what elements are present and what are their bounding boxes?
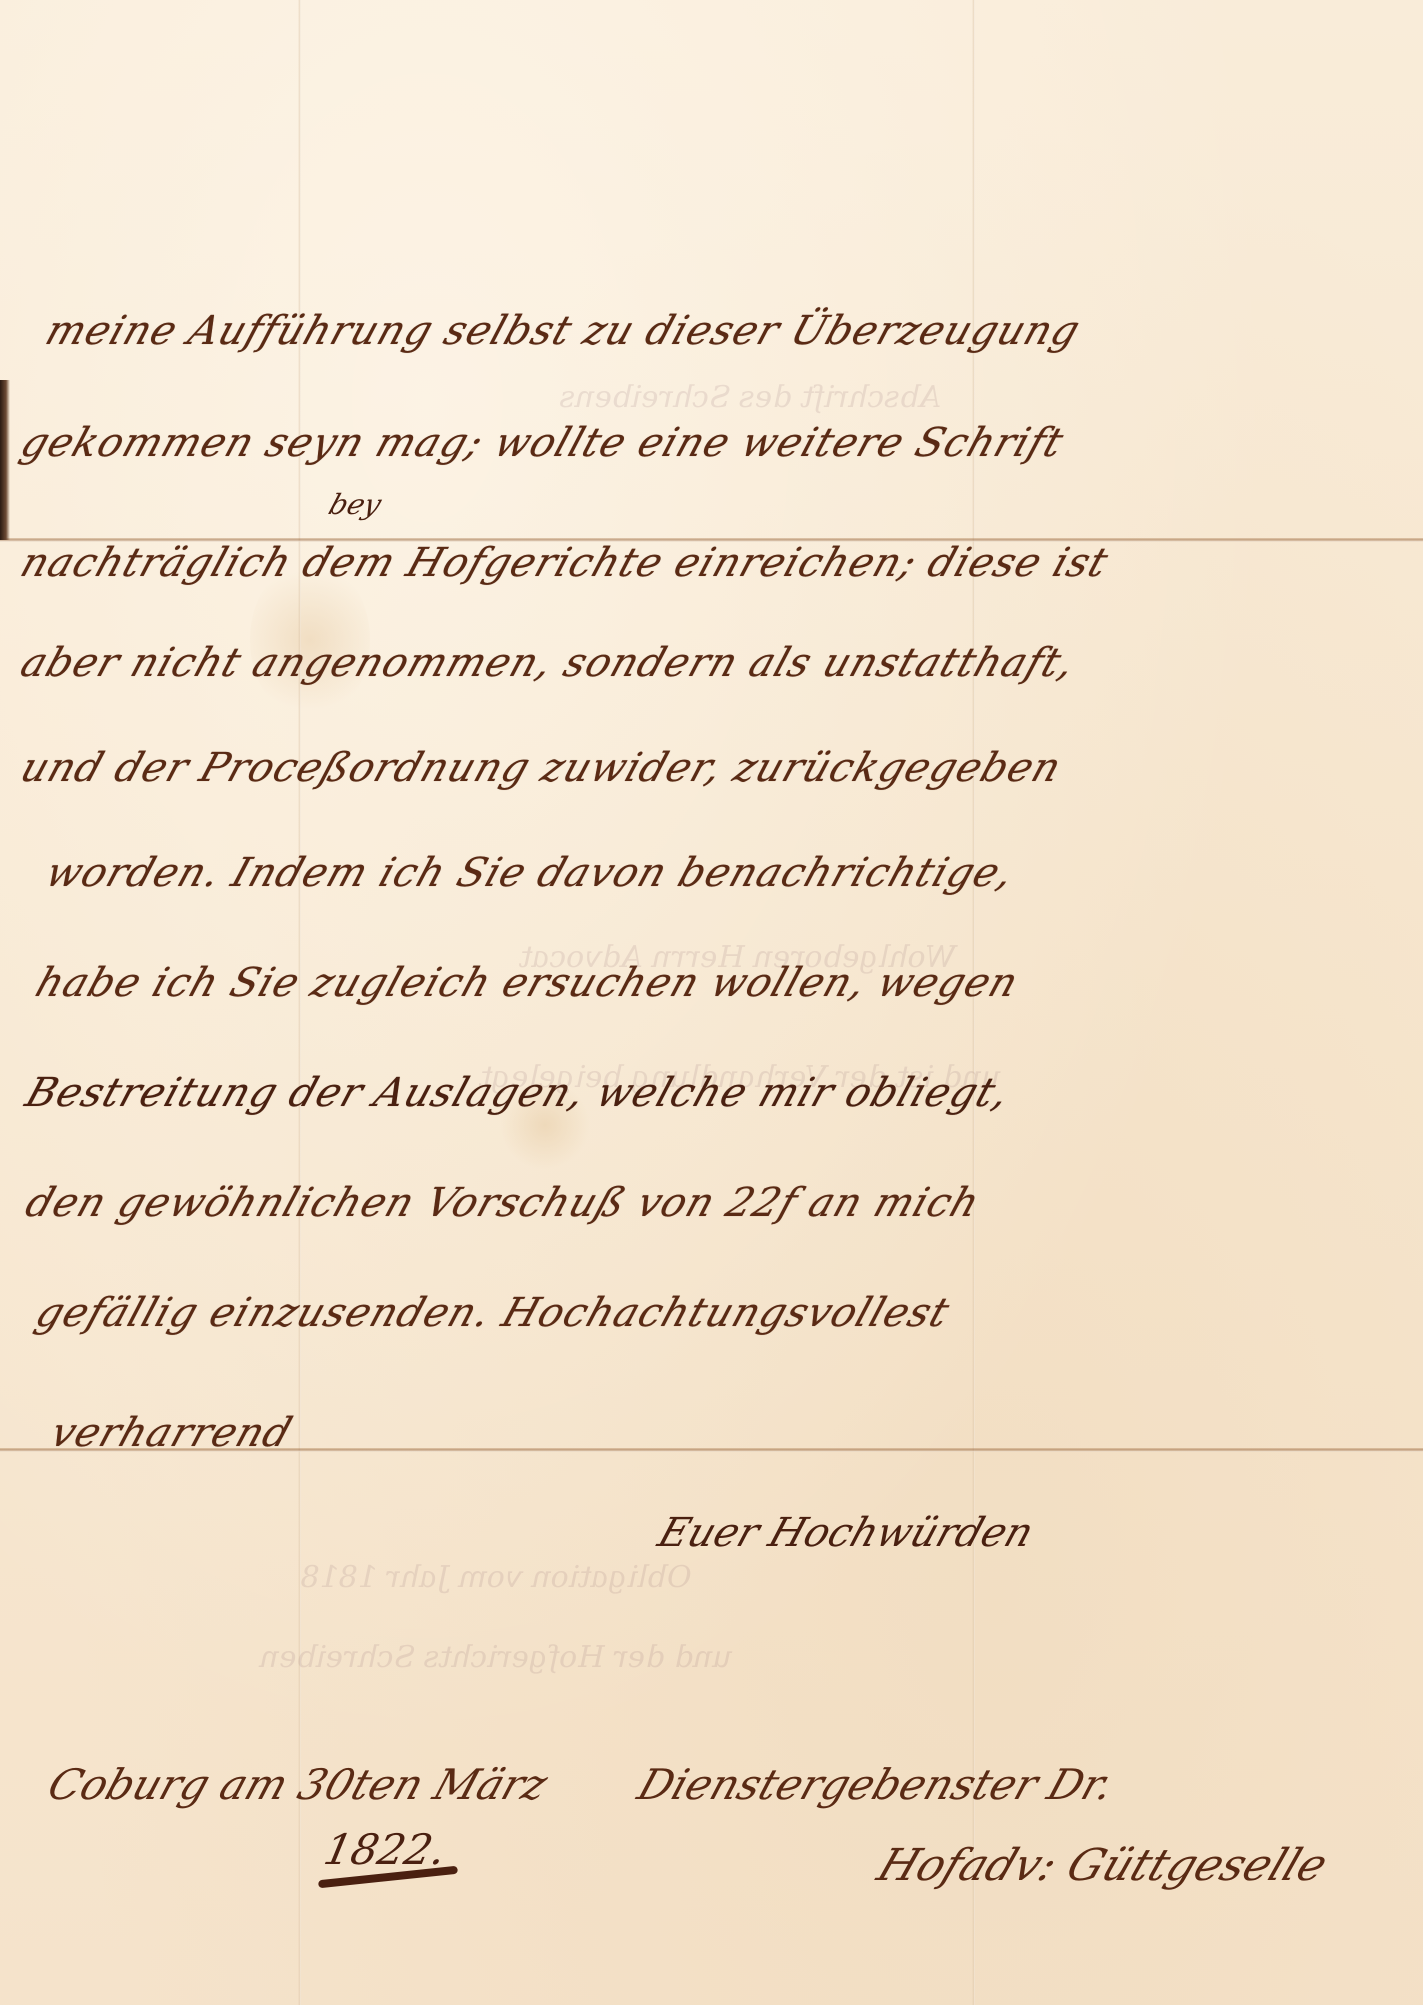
letter-line-3: nachträglich dem Hofgerichte einreichen;… bbox=[15, 540, 1114, 586]
letter-line-5: und der Proceßordnung zuwider, zurückgeg… bbox=[15, 745, 1067, 791]
letter-line-8: Bestreitung der Auslagen, welche mir obl… bbox=[20, 1070, 1016, 1116]
letter-line-6: worden. Indem ich Sie davon benachrichti… bbox=[40, 850, 1020, 896]
bleed-through-text: und der Hofgerichts Schreiben bbox=[253, 1640, 739, 1675]
letter-line-2: gekommen seyn mag; wollte eine weitere S… bbox=[15, 420, 1070, 466]
letter-page: Abschrift des Schreibens Wohlgeboren Her… bbox=[0, 0, 1423, 2005]
letter-closing: Euer Hochwürden bbox=[653, 1510, 1040, 1556]
bleed-through-text: Abschrift des Schreibens bbox=[553, 380, 948, 415]
scan-edge-shadow bbox=[0, 380, 10, 540]
letter-place-date: Coburg am 30ten März bbox=[42, 1760, 554, 1809]
letter-year: 1822. bbox=[320, 1825, 451, 1874]
letter-line-9: den gewöhnlichen Vorschuß von 22f an mic… bbox=[20, 1180, 986, 1226]
signature-salutation: Dienstergebenster Dr. bbox=[632, 1760, 1120, 1809]
letter-line-10: gefällig einzusenden. Hochachtungsvolles… bbox=[30, 1290, 955, 1336]
letter-line-1: meine Aufführung selbst zu dieser Überze… bbox=[40, 308, 1086, 354]
letter-line-7: habe ich Sie zugleich ersuchen wollen, w… bbox=[30, 960, 1024, 1006]
signature-name: Hofadv: Güttgeselle bbox=[871, 1840, 1335, 1891]
letter-line-11: verharrend bbox=[45, 1410, 298, 1456]
letter-line-4: aber nicht angenommen, sondern als unsta… bbox=[15, 640, 1081, 686]
bleed-through-text: Obligation vom Jahr 1818 bbox=[293, 1560, 698, 1595]
interlinear-insert: bey bbox=[325, 488, 386, 521]
